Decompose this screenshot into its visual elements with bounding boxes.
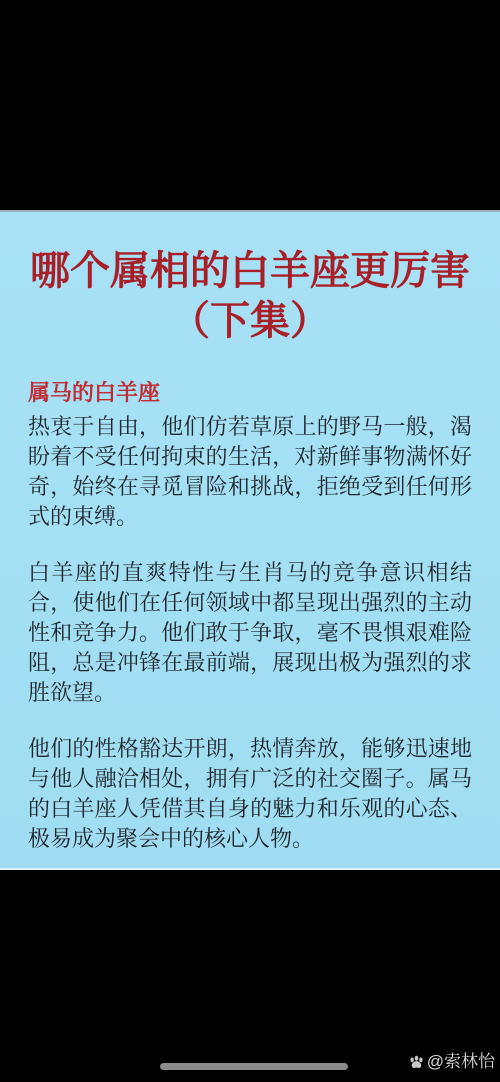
paragraph-2: 白羊座的直爽特性与生肖马的竞争意识相结合，使他们在任何领域中都呈现出强烈的主动性… xyxy=(28,558,472,708)
letterbox-top xyxy=(0,0,500,210)
video-frame: 哪个属相的白羊座更厉害 （下集） 属马的白羊座 热衷于自由，他们仿若草原上的野马… xyxy=(0,0,500,1082)
title-line-2: （下集） xyxy=(28,296,472,346)
paw-icon xyxy=(409,1055,424,1069)
body-text: 热衷于自由，他们仿若草原上的野马一般，渴盼着不受任何拘束的生活，对新鲜事物满怀好… xyxy=(28,412,472,854)
watermark: @索林怡 xyxy=(409,1050,495,1074)
paragraph-1: 热衷于自由，他们仿若草原上的野马一般，渴盼着不受任何拘束的生活，对新鲜事物满怀好… xyxy=(28,412,472,532)
content-card: 哪个属相的白羊座更厉害 （下集） 属马的白羊座 热衷于自由，他们仿若草原上的野马… xyxy=(0,210,500,870)
watermark-text: @索林怡 xyxy=(427,1050,495,1074)
title-line-1: 哪个属相的白羊座更厉害 xyxy=(28,246,472,296)
paragraph-3: 他们的性格豁达开朗，热情奔放，能够迅速地与他人融洽相处，拥有广泛的社交圈子。属马… xyxy=(28,734,472,854)
video-progress-bar[interactable] xyxy=(160,1063,348,1070)
video-title: 哪个属相的白羊座更厉害 （下集） xyxy=(28,246,472,346)
section-heading: 属马的白羊座 xyxy=(28,380,472,406)
